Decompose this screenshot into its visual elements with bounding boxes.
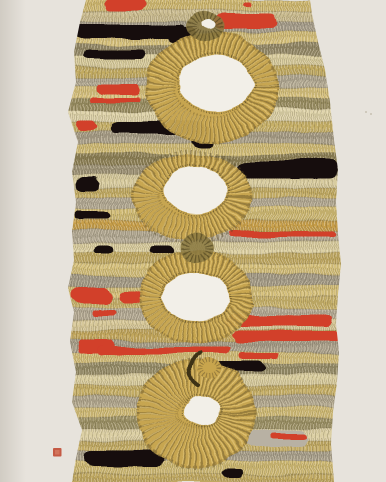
ring-form (136, 359, 256, 467)
red-accent (105, 0, 147, 11)
artist-seal-stamp (53, 448, 62, 457)
red-accent (228, 231, 336, 238)
red-accent (272, 432, 309, 439)
black-accent (148, 245, 175, 255)
red-accent (75, 120, 96, 131)
black-accent (93, 245, 112, 255)
ring-form (146, 32, 278, 144)
red-accent (92, 311, 115, 316)
red-accent (72, 286, 113, 303)
paper-speck (370, 113, 372, 115)
red-accent (90, 98, 140, 103)
ring-hole (184, 396, 220, 426)
black-accent (73, 211, 112, 219)
photo-edge-shade (0, 0, 26, 482)
abstract-painting (0, 0, 386, 482)
black-accent (85, 49, 144, 58)
red-accent (232, 331, 340, 343)
red-accent (243, 2, 252, 7)
ring-hole (162, 273, 230, 321)
black-accent (238, 161, 339, 179)
black-accent (223, 468, 244, 477)
ring-form (139, 250, 253, 344)
red-accent (215, 14, 278, 30)
artwork-photo (0, 0, 386, 482)
red-accent (95, 86, 140, 96)
seal-inner (55, 450, 60, 455)
red-accent (240, 353, 280, 359)
ring-hole (179, 56, 253, 110)
connector-knot (181, 233, 213, 263)
mini-hole (201, 19, 215, 29)
black-accent (76, 179, 99, 190)
black-accent (85, 451, 164, 466)
red-accent (98, 347, 230, 355)
paper-speck (365, 111, 367, 113)
ring-hole (165, 167, 227, 213)
ring-form (132, 154, 252, 240)
